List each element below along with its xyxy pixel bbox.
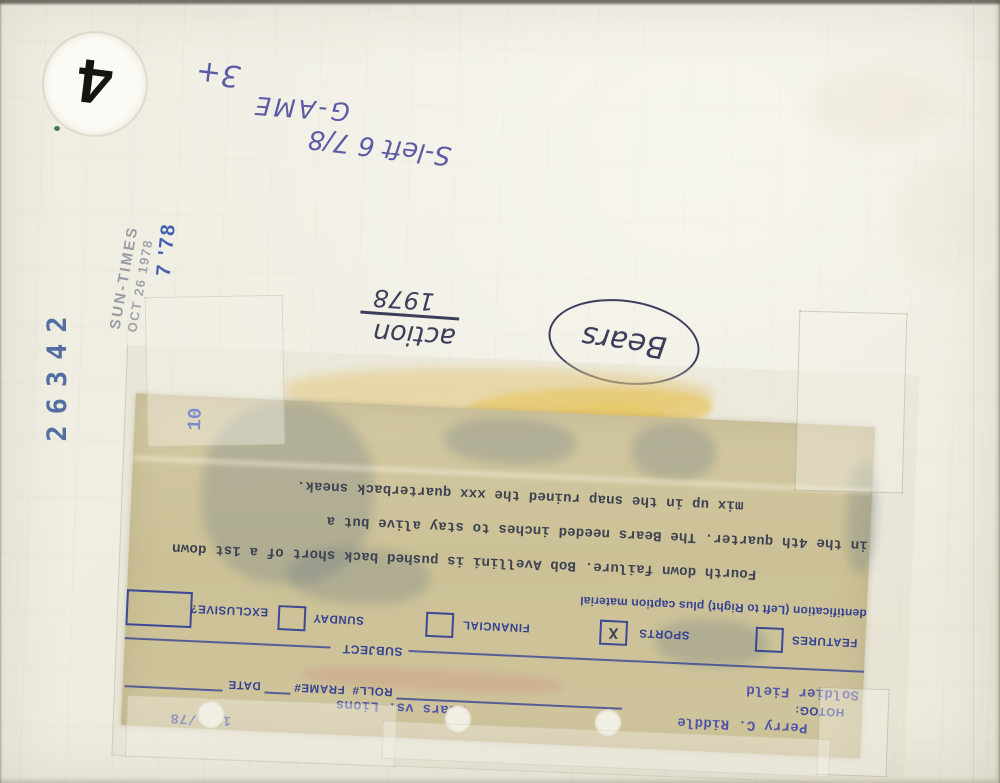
roll-label: ROLL#: [352, 683, 393, 697]
frame-label: FRAME#: [294, 681, 345, 695]
checkbox-label-exclusive: EXCLUSIVE?: [190, 602, 269, 618]
ink-smudge: [654, 617, 768, 668]
checkbox-label-features: FEATURES: [791, 633, 857, 648]
checkbox-sports: X: [599, 620, 628, 646]
paper-stain: [900, 160, 980, 280]
checkbox-label-sports: SPORTS: [638, 626, 689, 640]
paper-edge-line: [973, 0, 974, 783]
green-ink-fleck: [54, 126, 60, 131]
archive-id-stamp: 26342: [42, 276, 73, 471]
edition-word: action: [358, 311, 459, 354]
ink-smudge: [631, 422, 717, 482]
form-rule: [125, 685, 223, 691]
checkbox-financial: [425, 612, 454, 638]
date-label: DATE: [228, 678, 261, 691]
archive-number-sticker: 4: [44, 33, 146, 135]
subject-label: SUBJECT: [342, 642, 403, 659]
checkbox-sunday: [277, 605, 306, 631]
handwritten-edition-note: action 1978: [358, 283, 461, 354]
photo-verso-scan: 4 3+ G-AME S-left 6 7/8 action 1978 Bear…: [0, 0, 1000, 783]
tape-top-left: [145, 295, 286, 447]
handwritten-size-note: S-left 6 7/8: [307, 123, 453, 170]
tape-top-right: [795, 311, 908, 494]
checkbox-features: [755, 627, 784, 653]
ink-smudge: [443, 415, 577, 467]
paper-stain: [810, 70, 950, 140]
photographer-value: Perry C. Riddle: [677, 713, 808, 735]
handwritten-game-note: G-AME: [251, 91, 351, 127]
sticker-number: 4: [74, 44, 117, 119]
identification-note: dentification (Left to Right) plus capti…: [580, 594, 867, 621]
checkbox-label-sunday: SUNDAY: [313, 612, 365, 626]
caption-line-2: in the 4th quarter. The Bears needed inc…: [326, 512, 868, 553]
form-rule: [125, 637, 331, 648]
checkbox-exclusive: [125, 589, 193, 628]
form-rule: [408, 650, 864, 673]
handwritten-mark: 3+: [194, 53, 242, 93]
team-name: Bears: [579, 319, 668, 366]
date-stamp-blue: 7 '78: [153, 222, 181, 278]
checkbox-mark: X: [608, 624, 618, 642]
tape-bottom-left: [125, 695, 397, 767]
form-rule: [264, 692, 290, 695]
checkbox-label-financial: FINANCIAL: [462, 618, 530, 633]
